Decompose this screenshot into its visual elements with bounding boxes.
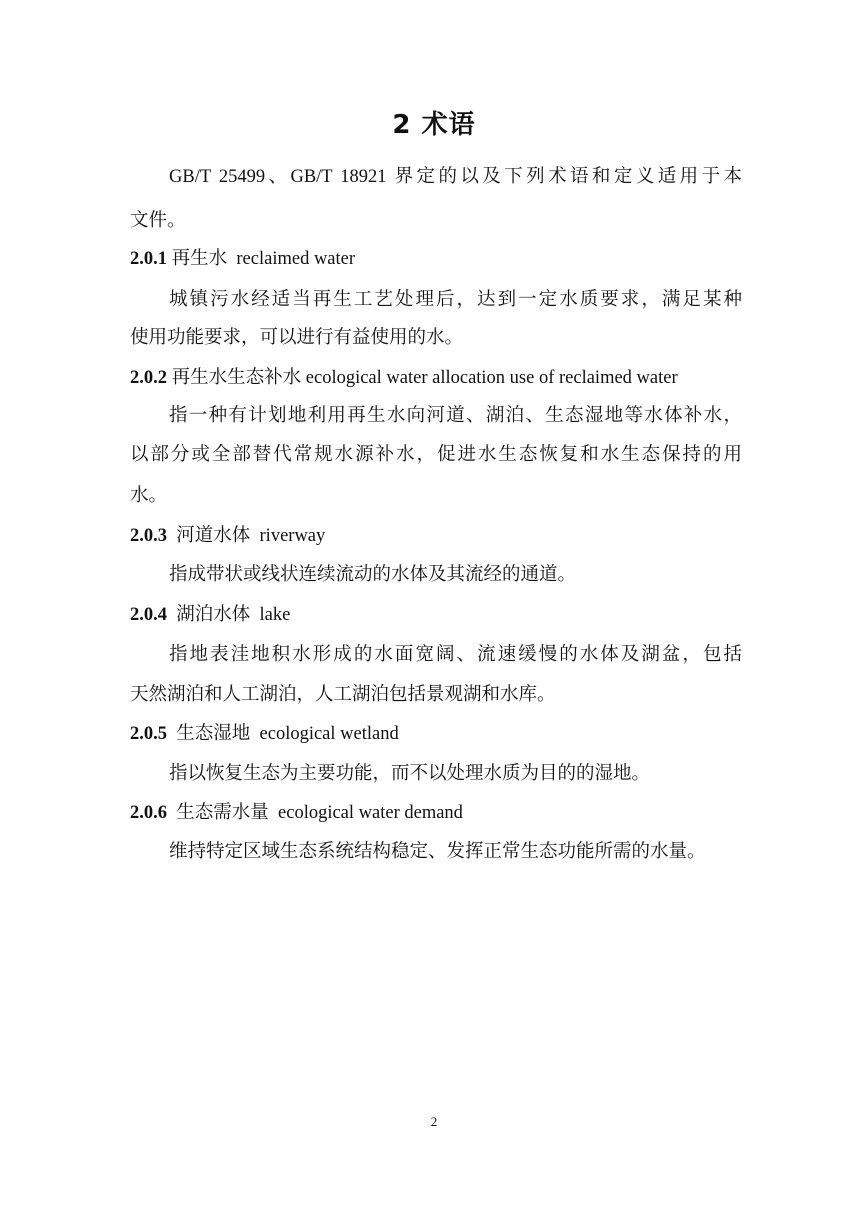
term-cn: 生态需水量 (176, 803, 269, 823)
term-definition-line: 维持特定区域生态系统结构稳定、发挥正常生态功能所需的水量。 (169, 840, 706, 864)
term-heading-2-0-4: 2.0.4 湖泊水体 lake (130, 603, 290, 627)
term-cn: 生态湿地 (176, 724, 250, 744)
term-heading-2-0-3: 2.0.3 河道水体 riverway (130, 524, 325, 548)
term-definition-line: 以部分或全部替代常规水源补水，促进水生态恢复和水生态保持的用 (130, 443, 742, 467)
term-heading-2-0-6: 2.0.6 生态需水量 ecological water demand (130, 801, 463, 825)
term-cn: 再生水生态补水 (172, 368, 302, 388)
term-en: lake (260, 605, 291, 625)
term-cn: 湖泊水体 (176, 605, 250, 625)
intro-line-2: 文件。 (130, 209, 186, 233)
term-number: 2.0.4 (130, 605, 167, 625)
term-cn: 河道水体 (176, 526, 250, 546)
term-definition-line: 使用功能要求，可以进行有益使用的水。 (130, 326, 463, 350)
page-number: 2 (0, 1114, 868, 1130)
term-number: 2.0.3 (130, 526, 167, 546)
term-en: ecological water demand (278, 803, 463, 823)
term-definition-line: 指以恢复生态为主要功能，而不以处理水质为目的的湿地。 (169, 762, 650, 786)
term-definition-line: 水。 (130, 484, 167, 508)
term-en: riverway (260, 526, 326, 546)
term-cn: 再生水 (172, 249, 228, 269)
term-number: 2.0.1 (130, 249, 167, 269)
term-definition-line: 城镇污水经适当再生工艺处理后，达到一定水质要求，满足某种 (169, 288, 742, 312)
term-definition-line: 指成带状或线状连续流动的水体及其流经的通道。 (169, 563, 576, 587)
term-en: ecological wetland (260, 724, 399, 744)
term-definition-line: 指地表洼地积水形成的水面宽阔、流速缓慢的水体及湖盆，包括 (169, 643, 742, 667)
term-heading-2-0-1: 2.0.1 再生水 reclaimed water (130, 247, 355, 271)
term-en: ecological water allocation use of recla… (306, 368, 678, 388)
term-heading-2-0-5: 2.0.5 生态湿地 ecological wetland (130, 722, 399, 746)
term-number: 2.0.2 (130, 368, 167, 388)
term-en: reclaimed water (236, 249, 355, 269)
term-heading-2-0-2: 2.0.2 再生水生态补水 ecological water allocatio… (130, 366, 678, 390)
section-title: 2 术语 (0, 104, 868, 141)
term-definition-line: 指一种有计划地利用再生水向河道、湖泊、生态湿地等水体补水， (169, 404, 742, 428)
term-number: 2.0.6 (130, 803, 167, 823)
term-number: 2.0.5 (130, 724, 167, 744)
intro-line-1: GB/T 25499、GB/T 18921 界定的以及下列术语和定义适用于本 (169, 165, 742, 189)
term-definition-line: 天然湖泊和人工湖泊，人工湖泊包括景观湖和水库。 (130, 683, 556, 707)
